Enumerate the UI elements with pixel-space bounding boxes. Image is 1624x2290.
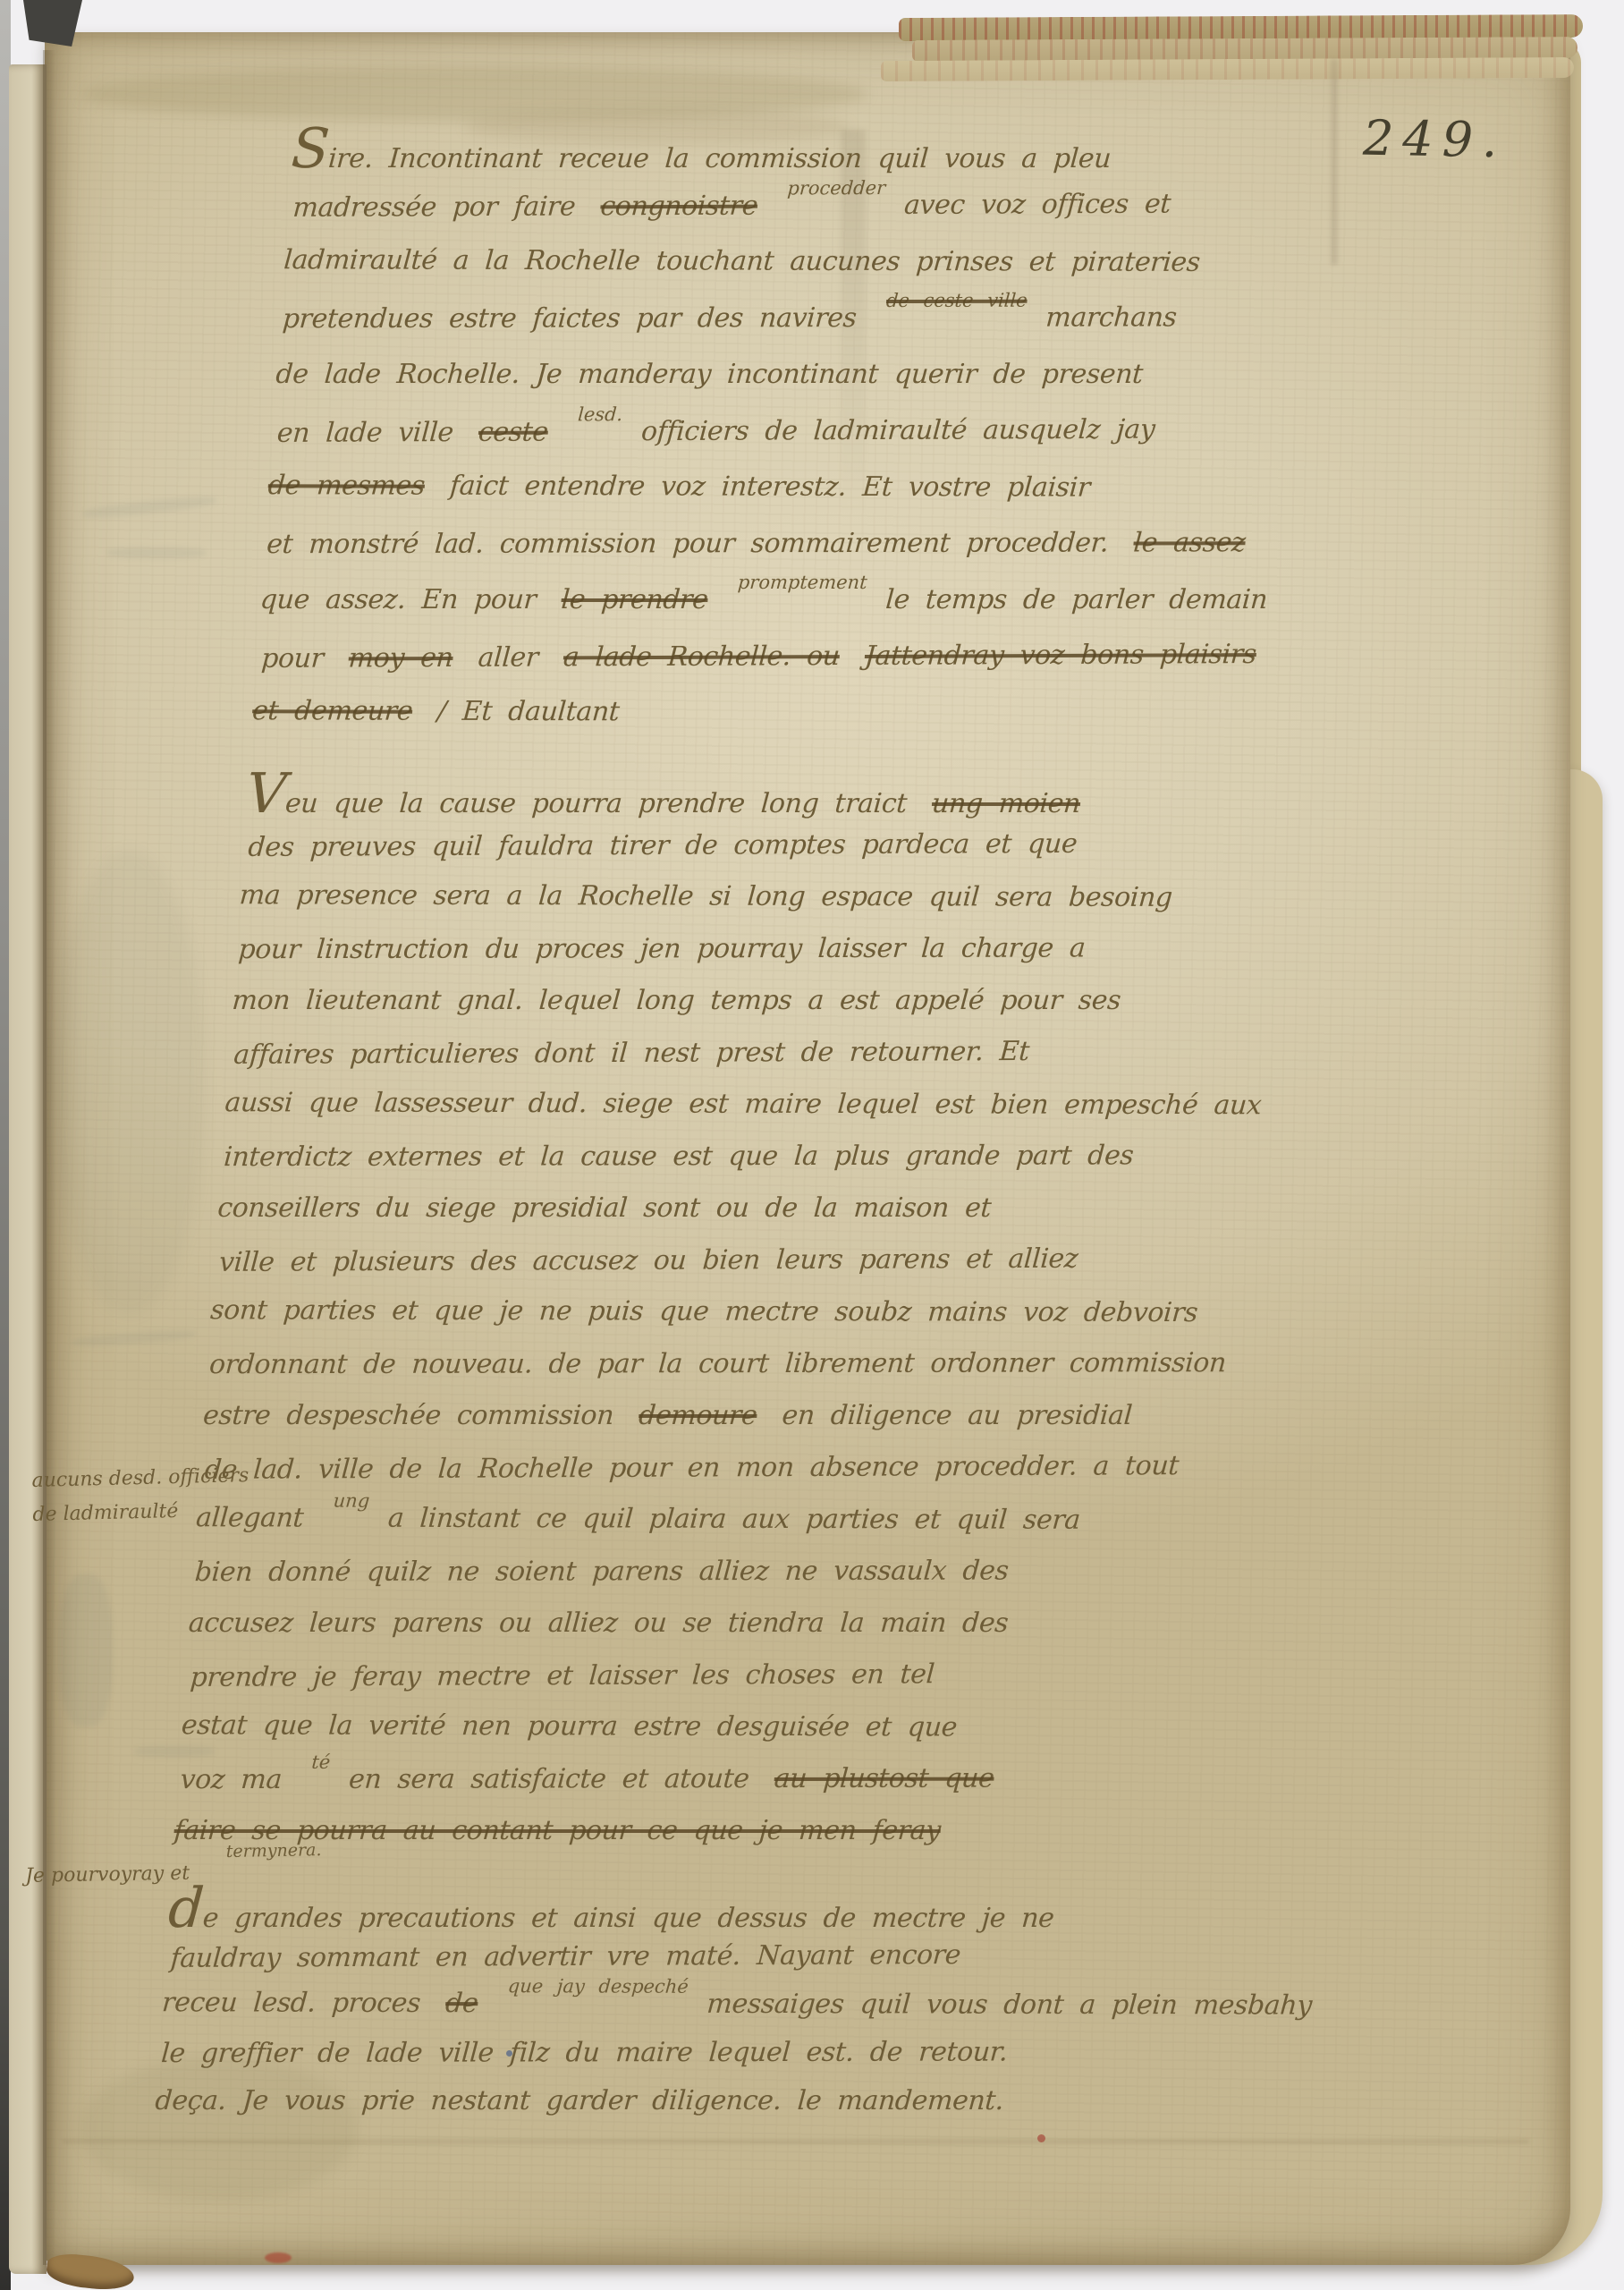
text-segment: Sire. Incontinant receue la commission q… xyxy=(290,143,1112,174)
text-segment: deça. Je vous prie nestant garder dilige… xyxy=(154,2085,1004,2116)
text-segment: accusez leurs parens ou alliez ou se tie… xyxy=(188,1607,1010,1639)
text-segment: le temps de parler demain xyxy=(884,584,1268,615)
paper-stain xyxy=(54,850,206,1315)
manuscript-line: ville et plusieurs des accusez ou bien l… xyxy=(217,1232,1419,1289)
text-segment: madressée por faire xyxy=(292,191,576,224)
facing-page-sliver xyxy=(9,64,47,2274)
paragraph-2: Veu que la cause pourra prendre long tra… xyxy=(173,768,1447,1857)
text-segment: estat que la verité nen pourra estre des… xyxy=(181,1709,959,1743)
manuscript-line: Sire. Incontinant receue la commission q… xyxy=(290,121,1492,177)
manuscript-line: le greffier de lade ville filz du maire … xyxy=(159,2028,1361,2078)
struck-segment: de xyxy=(444,1988,479,2019)
margin-note-admiralty: aucuns desd. officiersde ladmiraulté xyxy=(31,1459,250,1532)
text-segment: prendre je feray mectre et laisser les c… xyxy=(190,1658,935,1693)
text-segment: ma presence sera a la Rochelle si long e… xyxy=(239,879,1174,913)
margin-note-line: de ladmiraulté xyxy=(32,1493,250,1532)
text-segment: des preuves quil fauldra tirer de compte… xyxy=(247,828,1078,863)
text-segment: / Et daultant xyxy=(436,696,621,728)
manuscript-line: aussi que lassesseur dud. siege est mair… xyxy=(223,1077,1425,1132)
manuscript-line: voz ma té en sera satisfaicte et atoute … xyxy=(179,1752,1381,1806)
manuscript-line: receu lesd. proces de que jay despeché m… xyxy=(160,1979,1362,2031)
manuscript-line: que assez. En pour le prendre promptemen… xyxy=(258,572,1460,628)
text-segment: fauldray sommant en advertir vre maté. N… xyxy=(170,1939,962,1974)
manuscript-line: ordonnant de nouveau. de par la court li… xyxy=(207,1337,1409,1391)
manuscript-line: fauldray sommant en advertir vre maté. N… xyxy=(169,1930,1371,1983)
text-segment: affaires particulieres dont il nest pres… xyxy=(233,1036,1030,1071)
text-segment: de lad. ville de la Rochelle pour en mon… xyxy=(204,1450,1180,1486)
text-segment: que assez. En pour xyxy=(259,584,537,615)
interlinear-insert: té xyxy=(311,1751,332,1773)
text-segment: avec voz offices et xyxy=(903,189,1171,221)
struck-segment: au plustost que xyxy=(774,1763,995,1794)
text-segment: aussi que lassesseur dud. siege est mair… xyxy=(224,1087,1262,1121)
text-block: Sire. Incontinant receue la commission q… xyxy=(154,121,1493,2125)
manuscript-line: deça. Je vous prie nestant garder dilige… xyxy=(154,2077,1356,2125)
struck-segment: ung moien xyxy=(931,788,1081,819)
text-segment: mon lieutenant gnal. lequel long temps a… xyxy=(231,985,1121,1016)
gutter-crease xyxy=(43,50,55,2265)
text-segment: en lade ville xyxy=(276,417,454,449)
manuscript-line: allegant ung a linstant ce quil plaira a… xyxy=(194,1492,1396,1548)
fold-crease xyxy=(63,2140,1529,2143)
text-segment: ordonnant de nouveau. de par la court li… xyxy=(208,1347,1227,1380)
text-segment: sont parties et que je ne puis que mectr… xyxy=(209,1294,1198,1328)
ink-showthrough xyxy=(107,547,206,558)
margin-note-line: termynera. xyxy=(225,1833,321,1869)
manuscript-line: pour moy en aller a lade Rochelle. ou Ja… xyxy=(259,625,1462,687)
struck-segment: ceste xyxy=(478,417,549,448)
struck-segment: demoure xyxy=(638,1400,758,1431)
text-segment: bien donné quilz ne soient parens alliez… xyxy=(194,1556,1010,1589)
interlinear-insert: de ceste ville xyxy=(885,290,1028,311)
text-segment: pour linstruction du proces jen pourray … xyxy=(237,933,1086,966)
manuscript-line: faire se pourra au contant pour ce que j… xyxy=(173,1805,1374,1857)
text-segment: interdictz externes et la cause est que … xyxy=(223,1140,1135,1173)
manuscript-line: ma presence sera a la Rochelle si long e… xyxy=(238,869,1440,925)
text-segment: a linstant ce quil plaira aux parties et… xyxy=(387,1503,1081,1536)
text-segment: en sera satisfaicte et atoute xyxy=(348,1763,750,1795)
struck-segment: le prendre xyxy=(560,584,708,615)
text-segment: ladmiraulté a la Rochelle touchant aucun… xyxy=(283,244,1201,278)
paragraph-3: de grandes precautions et ainsi que dess… xyxy=(154,1884,1369,2125)
manuscript-line: et demeure / Et daultant xyxy=(250,683,1452,742)
text-segment: estre despeschée commission xyxy=(202,1400,614,1431)
manuscript-line: de lad. ville de la Rochelle pour en mon… xyxy=(203,1439,1405,1497)
manuscript-photo: 249. Sire. Incontinant receue la commiss… xyxy=(0,0,1624,2290)
struck-segment: Jattendray voz bons plaisirs xyxy=(864,639,1257,672)
interlinear-insert: promptement xyxy=(737,572,867,593)
text-segment: pour xyxy=(260,643,325,674)
text-segment: Veu que la cause pourra prendre long tra… xyxy=(245,788,908,819)
manuscript-line: de grandes precautions et ainsi que dess… xyxy=(167,1884,1369,1932)
text-segment: marchans xyxy=(1045,301,1178,333)
interlinear-insert: lesd. xyxy=(577,403,623,425)
manuscript-line: Veu que la cause pourra prendre long tra… xyxy=(245,768,1447,819)
manuscript-line: bien donné quilz ne soient parens alliez… xyxy=(193,1545,1395,1599)
text-segment: pretendues estre faictes par des navires xyxy=(282,302,858,335)
struck-segment: moy en xyxy=(348,642,454,674)
text-segment: en diligence au presidial xyxy=(781,1400,1133,1431)
manuscript-line: affaires particulieres dont il nest pres… xyxy=(232,1024,1434,1081)
manuscript-line: estat que la verité nen pourra estre des… xyxy=(180,1700,1382,1755)
text-segment: et monstré lad. commission pour sommaire… xyxy=(266,528,1110,561)
struck-segment: le assez xyxy=(1132,527,1246,558)
leaf-edge-band xyxy=(881,57,1574,81)
struck-segment: congnoistre xyxy=(599,191,758,223)
interlinear-insert: procedder xyxy=(787,177,886,199)
manuscript-line: des preuves quil fauldra tirer de compte… xyxy=(247,817,1449,874)
red-edge-speck xyxy=(265,2252,292,2263)
manuscript-line: sont parties et que je ne puis que mectr… xyxy=(208,1285,1410,1340)
text-segment: de grandes precautions et ainsi que dess… xyxy=(167,1903,1055,1934)
paragraph-1: Sire. Incontinant receue la commission q… xyxy=(250,121,1492,741)
ink-showthrough xyxy=(59,1574,113,1726)
margin-note-line: aucuns desd. officiers xyxy=(31,1459,250,1498)
text-segment: faict entendre voz interestz. Et vostre … xyxy=(449,471,1091,504)
red-ink-speck xyxy=(1037,2134,1045,2142)
text-segment: receu lesd. proces xyxy=(161,1987,421,2019)
manuscript-line: pretendues estre faictes par des navires… xyxy=(281,289,1483,347)
manuscript-line: en lade ville ceste lesd. officiers de l… xyxy=(275,400,1478,462)
struck-segment: et demeure xyxy=(251,695,413,726)
text-segment: aller xyxy=(478,642,539,674)
text-segment: conseillers du siege presidial sont ou d… xyxy=(216,1192,992,1224)
margin-note-provision: termynera.Je pourvoyray et xyxy=(24,1833,322,1894)
manuscript-line: pour linstruction du proces jen pourray … xyxy=(237,922,1439,976)
interlinear-insert: ung xyxy=(333,1490,370,1512)
interlinear-insert: que jay despeché xyxy=(507,1975,689,1997)
text-segment: ville et plusieurs des accusez ou bien l… xyxy=(218,1243,1078,1278)
manuscript-line: madressée por faire congnoistre procedde… xyxy=(291,174,1493,236)
manuscript-line: mon lieutenant gnal. lequel long temps a… xyxy=(231,975,1433,1027)
manuscript-line: estre despeschée commission demoure en d… xyxy=(201,1390,1403,1442)
manuscript-line: et monstré lad. commission pour sommaire… xyxy=(265,514,1467,572)
struck-segment: de mesmes xyxy=(267,470,427,501)
struck-segment: a lade Rochelle. ou xyxy=(562,640,841,673)
text-segment: de lade Rochelle. Je manderay incontinan… xyxy=(275,359,1144,390)
text-segment: le greffier de lade ville filz du maire … xyxy=(160,2037,1009,2070)
manuscript-line: conseillers du siege presidial sont ou d… xyxy=(216,1183,1417,1234)
manuscript-line: prendre je feray mectre et laisser les c… xyxy=(189,1647,1391,1704)
manuscript-line: de mesmes faict entendre voz interestz. … xyxy=(266,457,1468,517)
manuscript-line: accusez leurs parens ou alliez ou se tie… xyxy=(187,1598,1389,1650)
manuscript-line: ladmiraulté a la Rochelle touchant aucun… xyxy=(282,232,1484,292)
text-segment: messaiges quil vous dont a plein mesbahy xyxy=(706,1989,1313,2022)
manuscript-line: de lade Rochelle. Je manderay incontinan… xyxy=(274,346,1476,403)
manuscript-line: interdictz externes et la cause est que … xyxy=(222,1130,1424,1183)
text-segment: officiers de ladmiraulté ausquelz jay xyxy=(640,414,1156,448)
text-segment: voz ma xyxy=(179,1764,283,1795)
